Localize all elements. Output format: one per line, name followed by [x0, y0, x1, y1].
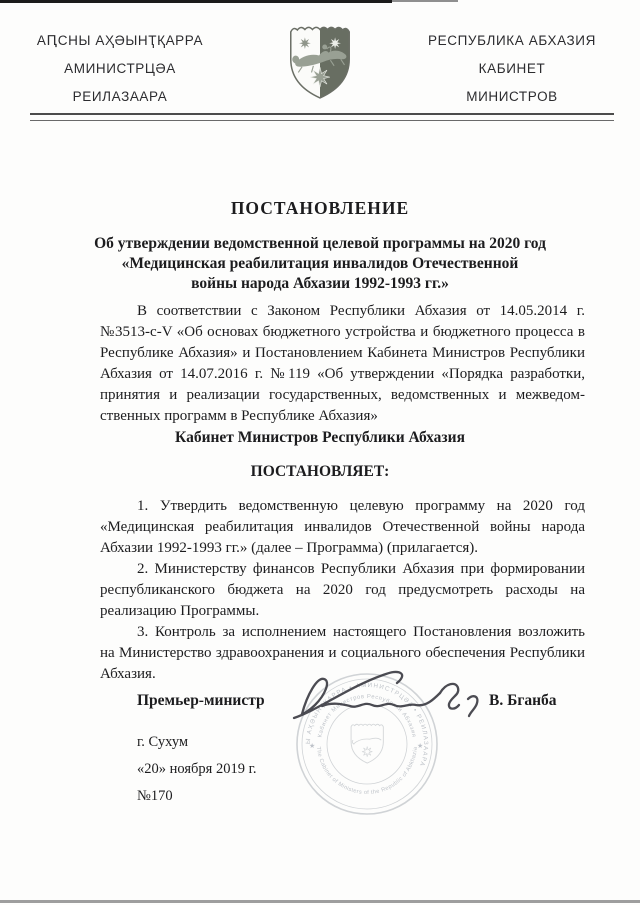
- footer-number: №170: [137, 783, 257, 810]
- signer-post: Премьер-министр: [137, 692, 265, 710]
- item-3-line: на Министерство здравоохранения и социал…: [100, 643, 585, 664]
- signer-name: В. Бганба: [489, 692, 557, 710]
- authority-line: Кабинет Министров Республики Абхазия: [68, 429, 572, 447]
- resolution-items: 1. Утвердить ведомственную целевую прогр…: [100, 496, 585, 685]
- item-1-line: «Медицинская реабилитация инвалидов Отеч…: [100, 517, 585, 538]
- subtitle-line: «Медицинская реабилитация инвалидов Отеч…: [68, 254, 572, 274]
- scan-edge-bottom: [0, 900, 640, 903]
- stamp-star-left: ★: [309, 742, 315, 750]
- letterhead-abkhaz-line: АԤСНЫ АҲӘЫНҬҚАРРА: [20, 27, 220, 55]
- item-3-line: 3. Контроль за исполнением настоящего По…: [100, 622, 585, 643]
- body-line: В соответствии с Законом Республики Абха…: [100, 301, 585, 322]
- document-title: ПОСТАНОВЛЕНИЕ: [68, 198, 572, 219]
- stamp-star-right: ★: [417, 742, 423, 750]
- body-line: Абхазия от 14.07.2016 г. №119 «Об утверж…: [100, 364, 585, 385]
- body-line: ственных программ в Республике Абхазия»: [100, 406, 585, 427]
- letterhead-russian-line: КАБИНЕТ: [407, 55, 617, 83]
- handwritten-signature: [288, 668, 494, 730]
- body-line: принятия и реализации государственных, в…: [100, 385, 585, 406]
- stamp-center-shield: [351, 724, 383, 763]
- scan-edge-top: [0, 0, 392, 3]
- item-2-line: республиканского бюджета на 2020 год пре…: [100, 580, 585, 601]
- letterhead-abkhaz: АԤСНЫ АҲӘЫНҬҚАРРА АМИНИСТРЦӘА РЕИЛАЗААРА: [20, 27, 220, 111]
- scan-edge-top-gray: [392, 0, 458, 2]
- footer-date: «20» ноября 2019 г.: [137, 756, 257, 783]
- document-footer: г. Сухум «20» ноября 2019 г. №170: [137, 729, 257, 810]
- stamp-inner-bottom-text: The Cabinet of Ministers of the Republic…: [315, 746, 419, 796]
- body-line: Республике Абхазия» и Постановлением Каб…: [100, 343, 585, 364]
- letterhead-abkhaz-line: АМИНИСТРЦӘА: [20, 55, 220, 83]
- resolves-line: ПОСТАНОВЛЯЕТ:: [68, 463, 572, 481]
- item-2-line: реализацию Программы.: [100, 601, 585, 622]
- document-page: АԤСНЫ АҲӘЫНҬҚАРРА АМИНИСТРЦӘА РЕИЛАЗААРА…: [0, 0, 640, 905]
- body-line: №3513-с-V «Об основах бюджетного устройс…: [100, 322, 585, 343]
- svg-text:The Cabinet of Ministers of th: The Cabinet of Ministers of the Republic…: [315, 746, 419, 796]
- coat-of-arms-icon: [287, 23, 353, 103]
- letterhead-divider: [30, 113, 614, 121]
- letterhead-russian: РЕСПУБЛИКА АБХАЗИЯ КАБИНЕТ МИНИСТРОВ: [407, 27, 617, 111]
- item-1-line: Абхазии 1992-1993 гг.» (далее – Программ…: [100, 538, 585, 559]
- letterhead-russian-line: МИНИСТРОВ: [407, 83, 617, 111]
- document-subtitle: Об утверждении ведомственной целевой про…: [68, 234, 572, 294]
- subtitle-line: Об утверждении ведомственной целевой про…: [68, 234, 572, 254]
- preamble-paragraph: В соответствии с Законом Республики Абха…: [100, 301, 585, 427]
- letterhead-russian-line: РЕСПУБЛИКА АБХАЗИЯ: [407, 27, 617, 55]
- footer-city: г. Сухум: [137, 729, 257, 756]
- item-2-line: 2. Министерству финансов Республики Абха…: [100, 559, 585, 580]
- letterhead-abkhaz-line: РЕИЛАЗААРА: [20, 83, 220, 111]
- subtitle-line: войны народа Абхазии 1992-1993 гг.»: [68, 274, 572, 294]
- item-1-line: 1. Утвердить ведомственную целевую прогр…: [100, 496, 585, 517]
